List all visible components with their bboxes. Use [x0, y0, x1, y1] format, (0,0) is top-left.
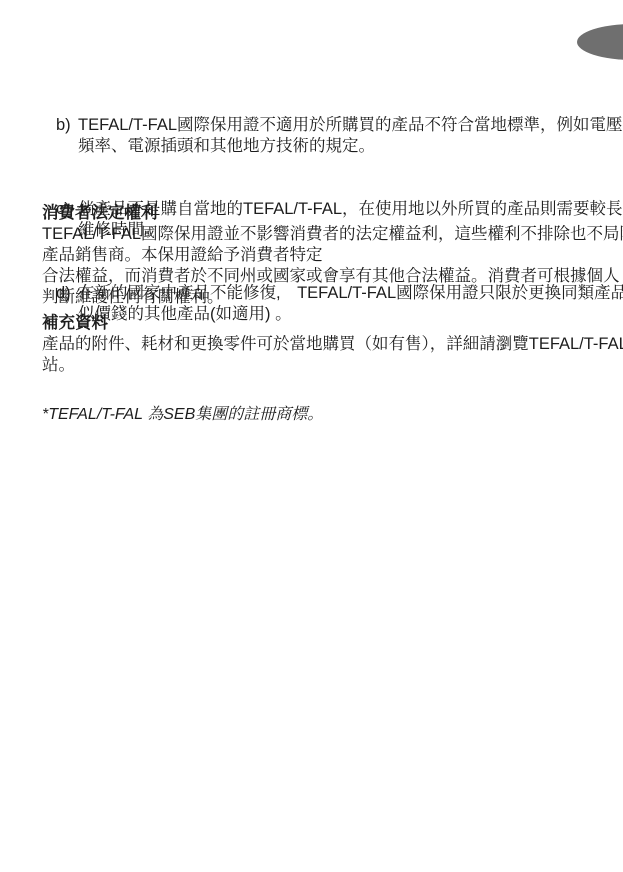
section-consumer-rights: 消費者法定權利 TEFAL/T-FAL國際保用證並不影響消費者的法定權益利，這些…: [42, 203, 582, 308]
trademark-footnote: *TEFAL/T-FAL 為SEB集團的註冊商標。: [42, 404, 582, 425]
section-heading-supplementary-info: 補充資料: [42, 313, 582, 334]
list-item-text: TEFAL/T-FAL國際保用證不適用於所購買的產品不符合當地標準，例如電壓、 …: [78, 115, 623, 157]
list-item-b: b) TEFAL/T-FAL國際保用證不適用於所購買的產品不符合當地標準，例如電…: [56, 115, 566, 157]
section-body-supplementary-info: 產品的附件、耗材和更換零件可於當地購買（如有售），詳細請瀏覽TEFAL/T-FA…: [42, 334, 582, 376]
page-corner-decoration: [577, 24, 623, 60]
section-supplementary-info: 補充資料 產品的附件、耗材和更換零件可於當地購買（如有售），詳細請瀏覽TEFAL…: [42, 313, 582, 376]
section-heading-consumer-rights: 消費者法定權利: [42, 203, 582, 224]
section-body-consumer-rights: TEFAL/T-FAL國際保用證並不影響消費者的法定權益利，這些權利不排除也不局…: [42, 224, 582, 308]
list-item-marker: b): [56, 115, 78, 136]
document-page: b) TEFAL/T-FAL國際保用證不適用於所購買的產品不符合當地標準，例如電…: [0, 0, 623, 872]
